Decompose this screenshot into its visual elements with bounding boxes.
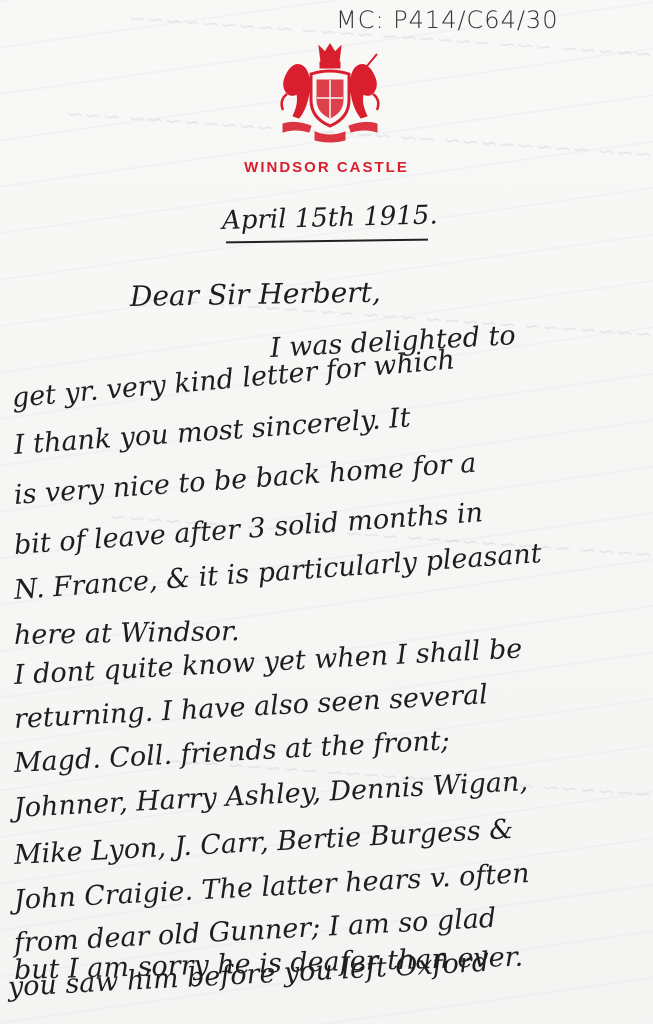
salutation: Dear Sir Herbert, [130, 276, 381, 313]
royal-coat-of-arms-icon [275, 42, 385, 144]
letterhead-title: WINDSOR CASTLE [0, 159, 653, 176]
letter-page: ~~~~~ ~~~ ~~~~~~ ~~~~ ~~~~~~~~~ ~~~ ~~~~… [0, 0, 653, 1024]
body-line: I thank you most sincerely. It [13, 402, 412, 461]
body-line: Magd. Coll. friends at the front; [13, 725, 450, 779]
archive-reference: MC: P414/C64/30 [336, 6, 558, 34]
date-underline [226, 239, 428, 244]
body-line: here at Windsor. [14, 616, 240, 651]
letter-date: April 15th 1915. [222, 200, 438, 236]
